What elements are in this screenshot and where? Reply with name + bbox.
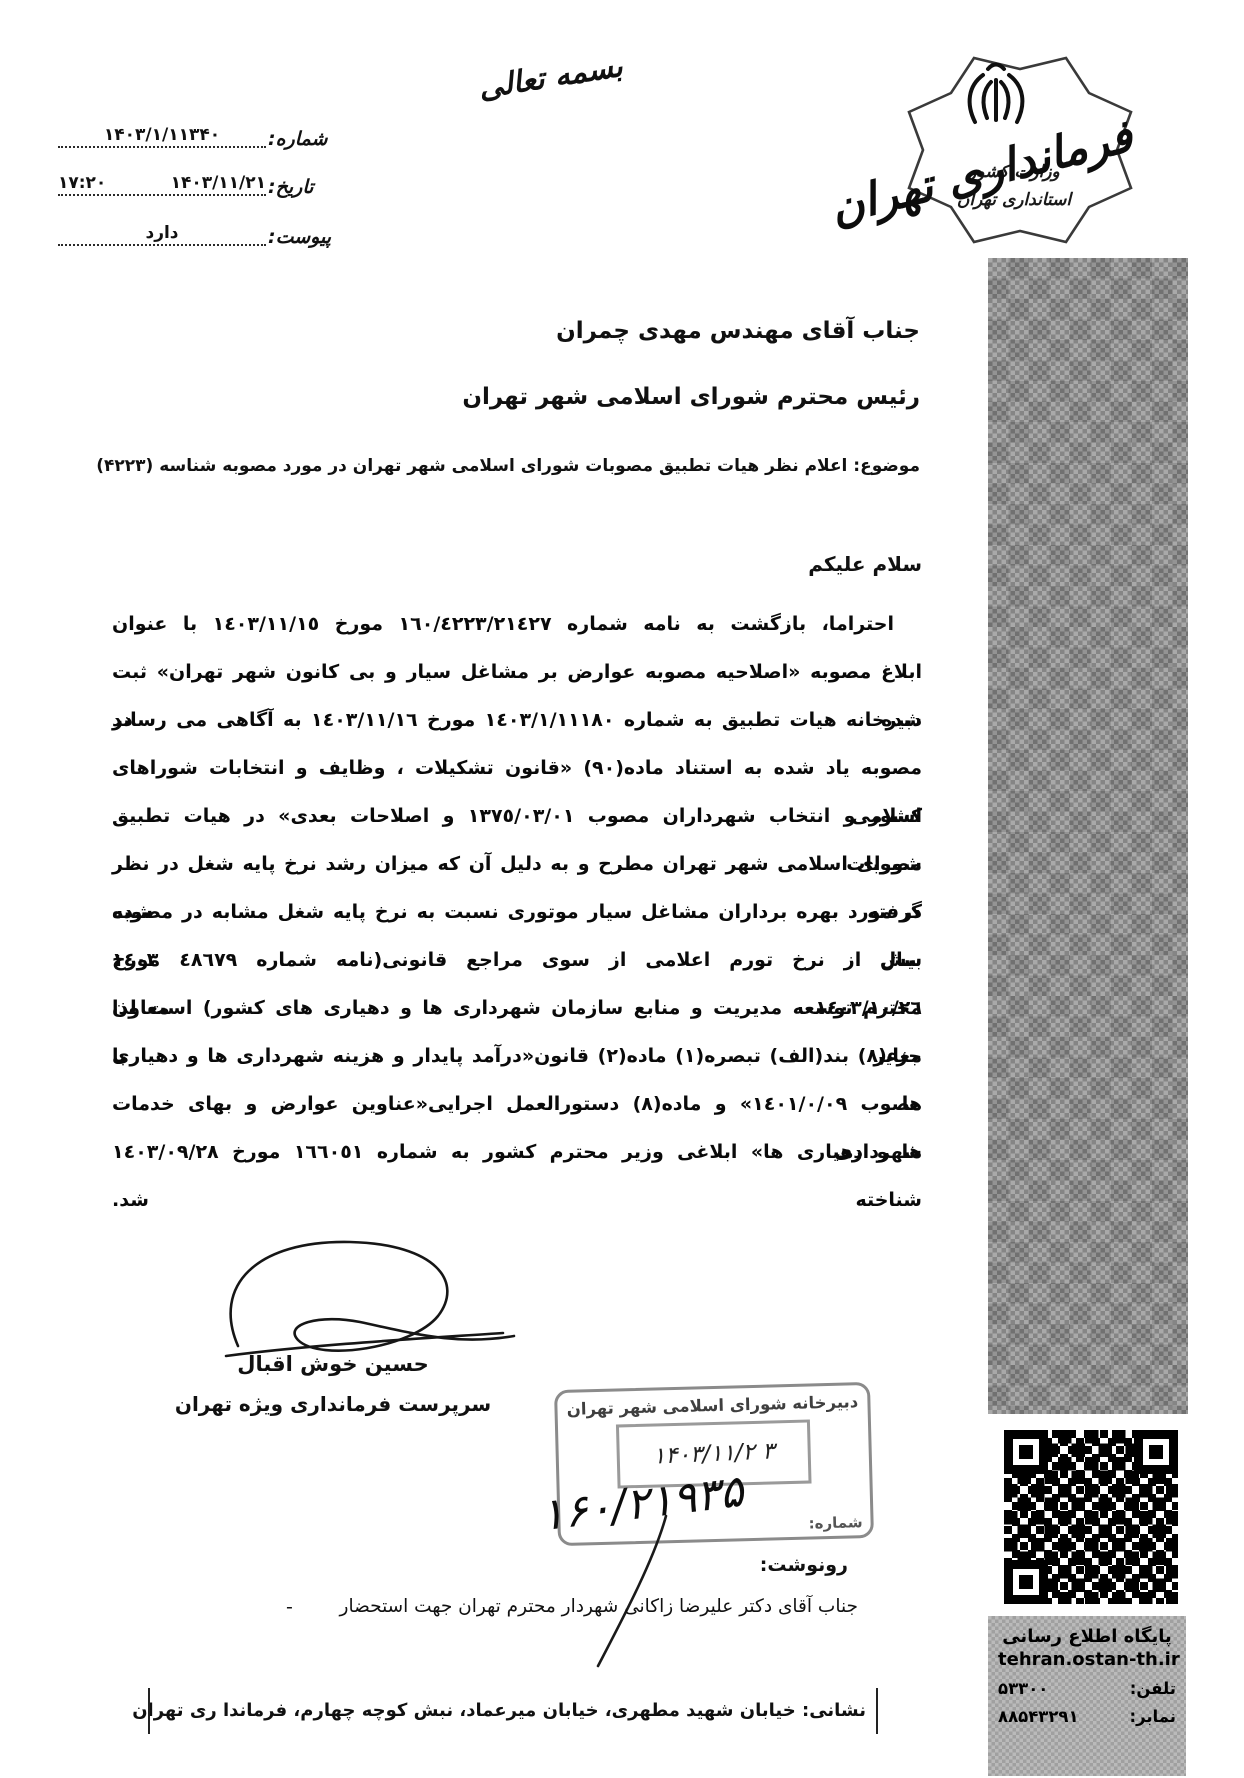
field-number-value: ۱۴۰۳/۱/۱۱۳۴۰ <box>58 125 266 145</box>
recipient-name: جناب آقای مهندس مهدی چمران <box>556 318 920 344</box>
phone-label: تلفن: <box>1130 1679 1176 1698</box>
body-line: ها و دهیاری ها» ابلاغی وزیر محترم کشور ب… <box>112 1128 922 1176</box>
field-attachment: پیوست: دارد <box>58 210 266 246</box>
body-line: احتراما، بازگشت به نامه شماره ١٦٠/٤٢٢٣/٢… <box>112 600 922 648</box>
signer-name: حسین خوش اقبال <box>188 1352 478 1376</box>
bismillah-text: بسمه تعالی <box>476 49 625 106</box>
phone-value: ۵۳۳۰۰ <box>998 1679 1048 1698</box>
field-time-value: ۱۷:۲۰ <box>58 173 106 193</box>
field-date: تاریخ: ۱۴۰۳/۱۱/۲۱ ۱۷:۲۰ <box>58 160 266 196</box>
cc-dash: - <box>286 1596 293 1618</box>
fax-value: ۸۸۵۴۳۲۹۱ <box>998 1707 1079 1726</box>
body-line: مصوب ١٤٠١/٠/٠٩» و ماده(٨) دستورالعمل اجر… <box>112 1080 922 1128</box>
field-number: شماره: ۱۴۰۳/۱/۱۱۳۴۰ <box>58 112 266 148</box>
field-number-label: شماره: <box>268 128 332 150</box>
body-line: دبیرخانه هیات تطبیق به شماره ١٤٠٣/١/١١١٨… <box>112 696 922 744</box>
body-line: ابلاغ مصوبه «اصلاحیه مصوبه عوارض بر مشاغ… <box>112 648 922 696</box>
body-line: مصوبه یاد شده به استناد ماده(٩٠) «قانون … <box>112 744 922 792</box>
info-portal-title: پایگاه اطلاع رسانی <box>998 1626 1176 1647</box>
body-line: محترم توسعه مدیریت و منابع سازمان شهردار… <box>112 984 922 1032</box>
letter-body: احتراما، بازگشت به نامه شماره ١٦٠/٤٢٢٣/٢… <box>112 600 922 1176</box>
address-divider-right <box>876 1688 878 1734</box>
field-attachment-label: پیوست: <box>268 226 332 248</box>
qr-finder-icon <box>1004 1560 1048 1604</box>
stamp-number-label: شماره: <box>808 1513 862 1532</box>
field-date-label: تاریخ: <box>268 176 332 198</box>
body-line: کشور و انتخاب شهرداران مصوب ١٣٧٥/٠٣/٠١ و… <box>112 792 922 840</box>
handwritten-slash-stroke <box>578 1508 688 1678</box>
website-url: tehran.ostan-th.ir <box>998 1649 1176 1670</box>
fax-label: نمابر: <box>1129 1707 1176 1726</box>
stamp-header: دبیرخانه شورای اسلامی شهر تهران <box>557 1392 867 1419</box>
qr-finder-icon <box>1134 1430 1178 1474</box>
body-line: بیش از نرخ تورم اعلامی از سوی مراجع قانو… <box>112 936 922 984</box>
qr-finder-icon <box>1004 1430 1048 1474</box>
body-line: در مورد بهره برداران مشاغل سیار موتوری ن… <box>112 888 922 936</box>
cc-label: رونوشت: <box>760 1554 848 1576</box>
cc-item: جناب آقای دکتر علیرضا زاکانی شهردار محتر… <box>340 1596 858 1617</box>
qr-code <box>1002 1428 1180 1606</box>
signer-title: سرپرست فرمانداری ویژه تهران <box>168 1392 498 1416</box>
body-line: شورای اسلامی شهر تهران مطرح و به دلیل آن… <box>112 840 922 888</box>
subject-line: موضوع: اعلام نظر هیات تطبیق مصوبات شورای… <box>96 456 920 476</box>
scan-artifact-band <box>988 258 1188 1414</box>
recipient-title: رئیس محترم شورای اسلامی شهر تهران <box>462 384 920 410</box>
address-divider-left <box>148 1688 150 1734</box>
scanned-letter-page: بسمه تعالی شماره: ۱۴۰۳/۱/۱۱۳۴۰ تاریخ: ۱۴… <box>0 0 1244 1778</box>
body-line: جزء(٨) بند(الف) تبصره(١) ماده(٢) قانون«د… <box>112 1032 922 1080</box>
iran-emblem-icon <box>964 60 1028 132</box>
field-attachment-value: دارد <box>58 223 266 243</box>
address-line: نشانی: خیابان شهید مطهری، خیابان میرعماد… <box>132 1700 866 1721</box>
salutation: سلام علیکم <box>808 552 922 576</box>
contact-info-box: پایگاه اطلاع رسانی tehran.ostan-th.ir تل… <box>988 1616 1186 1776</box>
field-date-value: ۱۴۰۳/۱۱/۲۱ <box>171 173 266 193</box>
